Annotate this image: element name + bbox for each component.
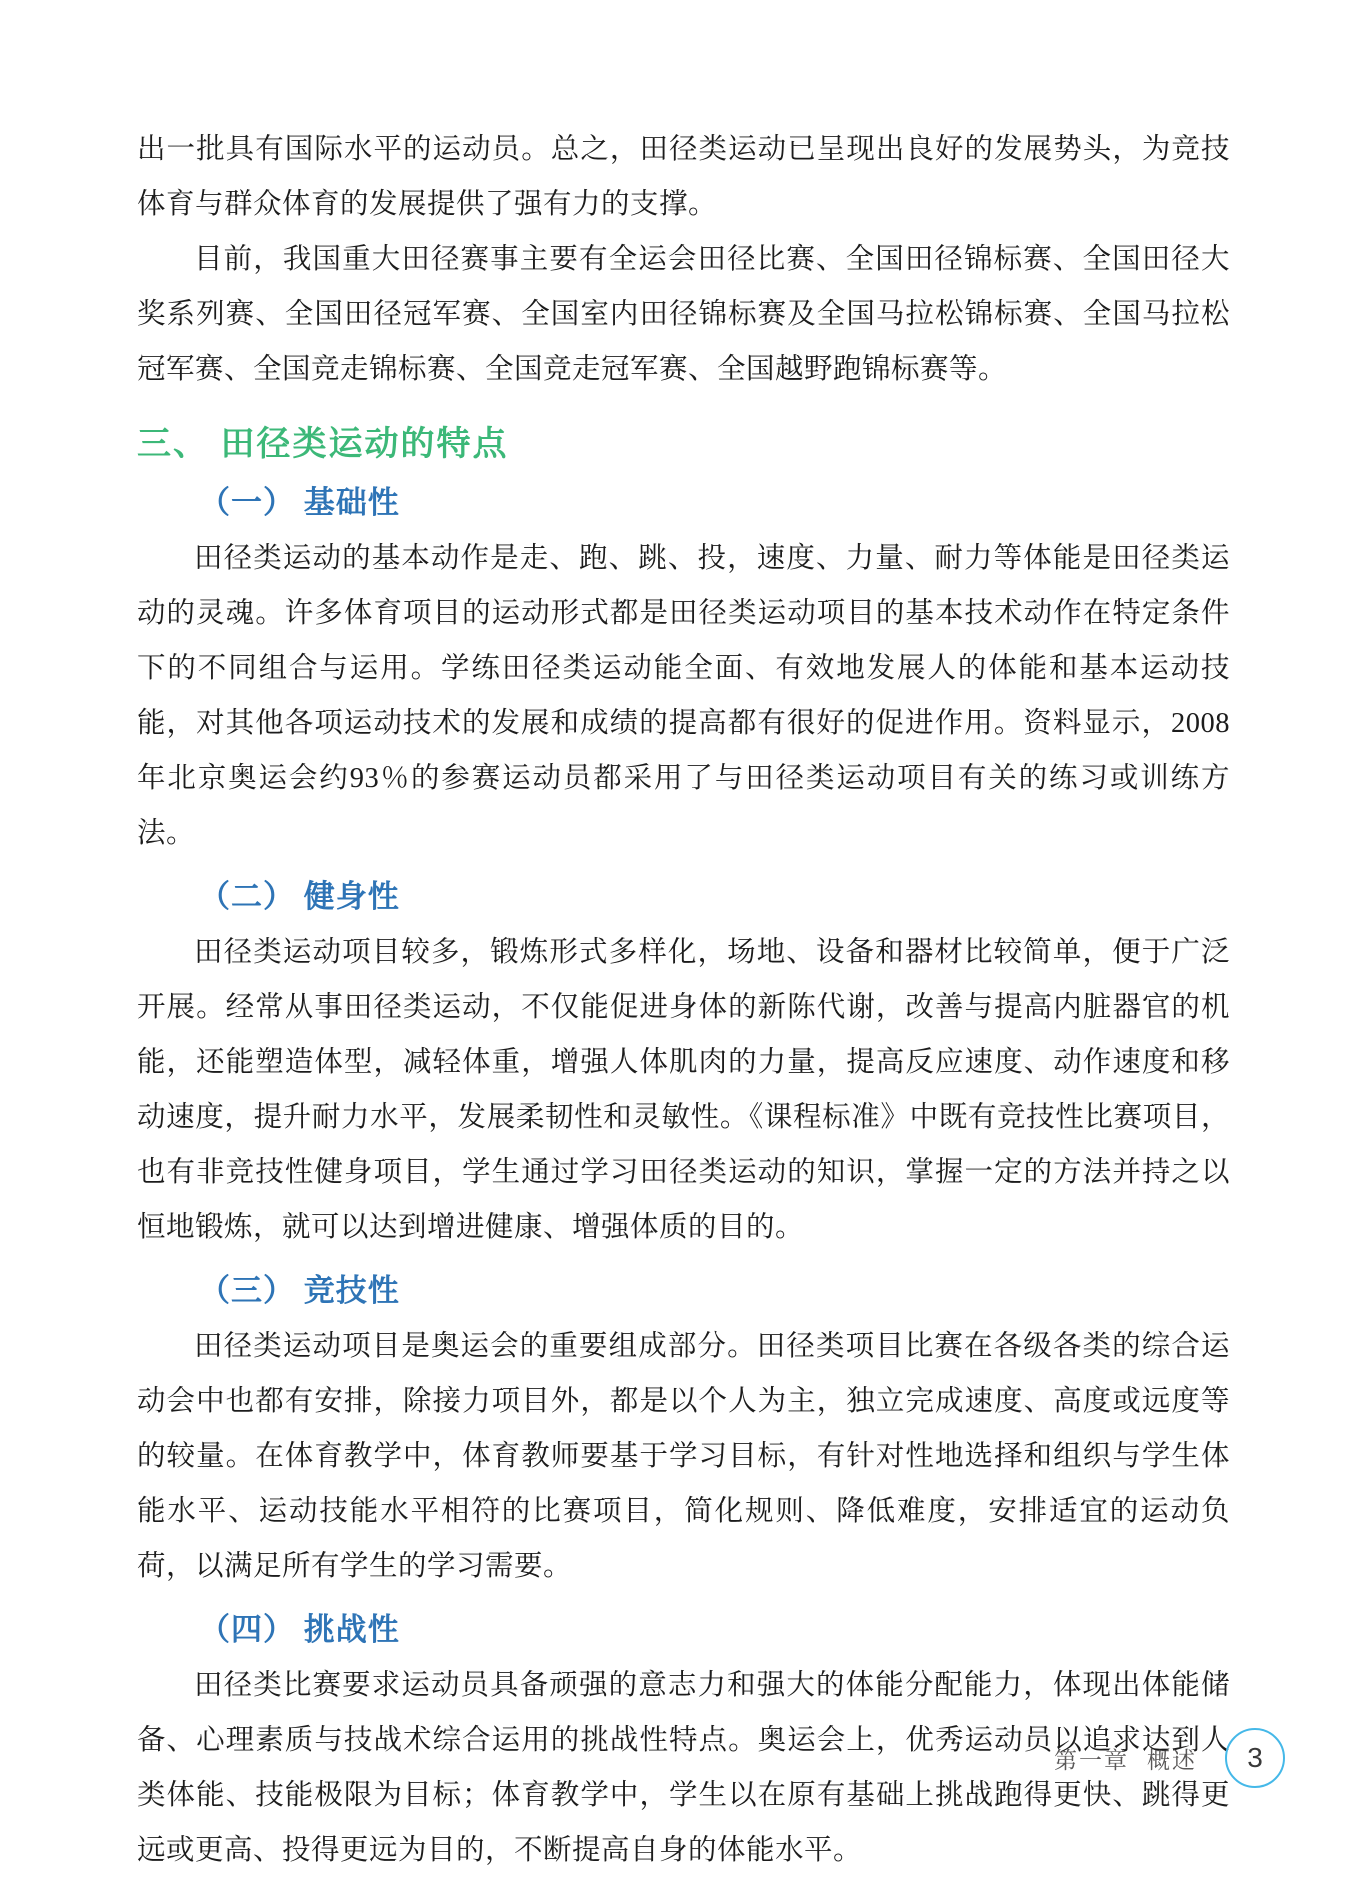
paragraph-major-events: 目前，我国重大田径赛事主要有全运会田径比赛、全国田径锦标赛、全国田径大奖系列赛、…	[137, 232, 1230, 397]
subsection-body-competitive: 田径类运动项目是奥运会的重要组成部分。田径类项目比赛在各级各类的综合运动会中也都…	[137, 1319, 1230, 1594]
subsection-heading-fitness: （二） 健身性	[137, 875, 1230, 919]
subsection-heading-foundational: （一） 基础性	[137, 481, 1230, 525]
page-number: 3	[1247, 1742, 1263, 1774]
footer-section-label: 概述	[1147, 1742, 1197, 1775]
textbook-page: 出一批具有国际水平的运动员。总之，田径类运动已呈现出良好的发展势头，为竞技体育与…	[0, 0, 1353, 1884]
page-number-badge: 3	[1225, 1728, 1285, 1788]
subsection-body-foundational: 田径类运动的基本动作是走、跑、跳、投，速度、力量、耐力等体能是田径类运动的灵魂。…	[137, 531, 1230, 861]
section-heading-characteristics: 三、 田径类运动的特点	[137, 421, 1230, 467]
page-footer: 第一章 概述 3	[1054, 1728, 1285, 1788]
page-content: 出一批具有国际水平的运动员。总之，田径类运动已呈现出良好的发展势头，为竞技体育与…	[137, 122, 1230, 1878]
subsection-body-fitness: 田径类运动项目较多，锻炼形式多样化，场地、设备和器材比较简单，便于广泛开展。经常…	[137, 925, 1230, 1255]
subsection-heading-competitive: （三） 竞技性	[137, 1269, 1230, 1313]
footer-chapter-label: 第一章	[1054, 1742, 1129, 1775]
paragraph-continuation: 出一批具有国际水平的运动员。总之，田径类运动已呈现出良好的发展势头，为竞技体育与…	[137, 122, 1230, 232]
subsection-heading-challenging: （四） 挑战性	[137, 1608, 1230, 1652]
